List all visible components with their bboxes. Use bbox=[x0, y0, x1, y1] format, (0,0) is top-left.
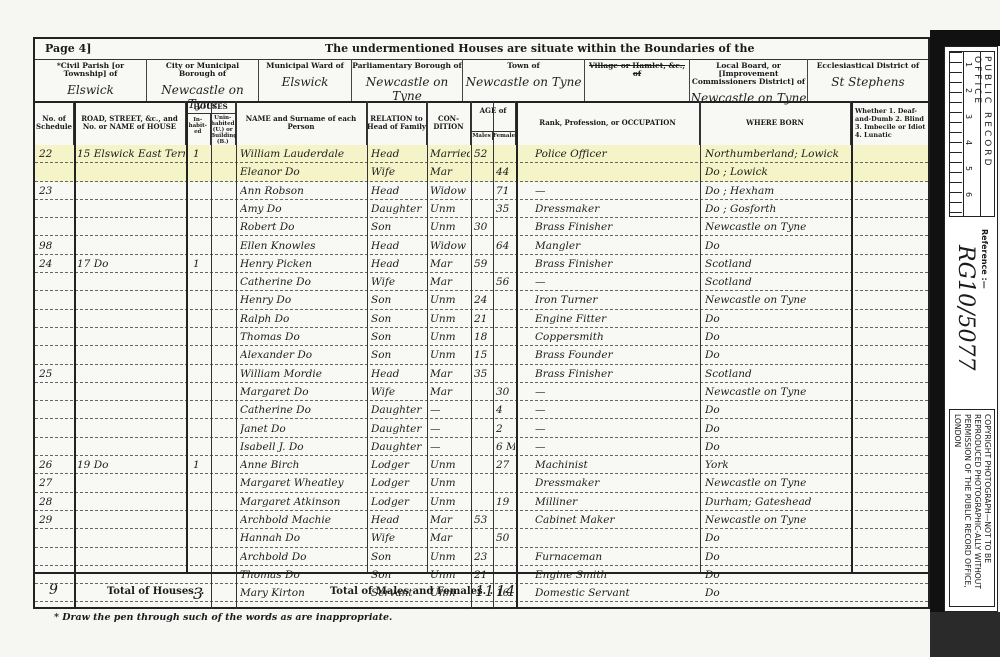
cell-female-age: 30 bbox=[496, 383, 515, 400]
cell-male-age bbox=[474, 237, 492, 254]
cell-condition: Mar bbox=[430, 529, 470, 546]
col-address: ROAD, STREET, &c., and No. or NAME of HO… bbox=[74, 101, 186, 145]
title-bar: Page 4] The undermentioned Houses are si… bbox=[35, 39, 928, 60]
cell-relation: Wife bbox=[371, 163, 426, 180]
table-row: Hannah DoWifeMar50Do bbox=[35, 529, 928, 547]
cell-born: Do ; Hexham bbox=[705, 182, 850, 199]
district-value: Elswick bbox=[35, 83, 146, 97]
divider bbox=[493, 101, 494, 609]
cell-inhabited bbox=[193, 548, 209, 565]
cell-inhabited bbox=[193, 310, 209, 327]
cell-born: Do bbox=[705, 529, 850, 546]
col-where-born: WHERE BORN bbox=[700, 101, 851, 145]
cell-schedule bbox=[39, 291, 73, 308]
col-females: Females bbox=[493, 132, 515, 140]
district-town: Town ofNewcastle on Tyne bbox=[463, 59, 585, 101]
cell-name: Anne Birch bbox=[240, 456, 366, 473]
census-page-scan: Page 4] The undermentioned Houses are si… bbox=[0, 0, 1000, 657]
cell-schedule: 26 bbox=[39, 456, 73, 473]
cell-inhabited bbox=[193, 401, 209, 418]
cell-condition: Unm bbox=[430, 310, 470, 327]
total-schedules: 9 bbox=[49, 582, 58, 598]
cell-occupation: Police Officer bbox=[535, 145, 698, 162]
cell-name: Isabell J. Do bbox=[240, 438, 366, 455]
page-heading: The undermentioned Houses are situate wi… bbox=[325, 42, 754, 55]
cell-male-age: 35 bbox=[474, 365, 492, 382]
district-value: Elswick bbox=[259, 75, 351, 89]
cell-inhabited bbox=[193, 365, 209, 382]
cell-born: Do bbox=[705, 310, 850, 327]
district-label: City or Municipal Borough of bbox=[147, 59, 258, 78]
cell-name: Alexander Do bbox=[240, 346, 366, 363]
footnote: * Draw the pen through such of the words… bbox=[54, 612, 392, 623]
cell-inhabited bbox=[193, 529, 209, 546]
cell-address bbox=[77, 346, 185, 363]
col-occupation: Rank, Profession, or OCCUPATION bbox=[516, 101, 700, 145]
table-row: Catherine DoWifeMar56—Scotland bbox=[35, 273, 928, 291]
cell-inhabited bbox=[193, 420, 209, 437]
cell-address: 17 Do bbox=[77, 255, 185, 272]
scan-edge-right bbox=[930, 30, 944, 650]
cell-female-age bbox=[496, 310, 515, 327]
table-row: 28Margaret AtkinsonLodgerUnm19MillinerDu… bbox=[35, 493, 928, 511]
copyright-text: COPYRIGHT PHOTOGRAPH—NOT TO BE REPRODUCE… bbox=[950, 410, 994, 606]
cell-address bbox=[77, 383, 185, 400]
cell-condition: Unm bbox=[430, 200, 470, 217]
public-record-office-strip: 123456 PUBLIC RECORD OFFICE Reference :—… bbox=[944, 46, 998, 612]
cell-inhabited bbox=[193, 328, 209, 345]
cell-name: Margaret Do bbox=[240, 383, 366, 400]
cell-female-age bbox=[496, 474, 515, 491]
cell-male-age: 23 bbox=[474, 548, 492, 565]
district-value: St Stephens bbox=[808, 75, 928, 89]
cell-born: Newcastle on Tyne bbox=[705, 511, 850, 528]
col-schedule: No. of Schedule bbox=[35, 101, 74, 145]
cell-occupation: — bbox=[535, 438, 698, 455]
cell-inhabited bbox=[193, 273, 209, 290]
cell-inhabited bbox=[193, 383, 209, 400]
cell-born: Scotland bbox=[705, 255, 850, 272]
cell-inhabited bbox=[193, 237, 209, 254]
cell-relation: Wife bbox=[371, 383, 426, 400]
cell-schedule: 98 bbox=[39, 237, 73, 254]
cell-born: Newcastle on Tyne bbox=[705, 383, 850, 400]
district-value: Newcastle on Tyne bbox=[463, 75, 584, 89]
cell-schedule bbox=[39, 218, 73, 235]
cell-name: Janet Do bbox=[240, 420, 366, 437]
cell-address bbox=[77, 420, 185, 437]
cell-relation: Son bbox=[371, 291, 426, 308]
divider bbox=[700, 101, 701, 572]
cell-inhabited bbox=[193, 291, 209, 308]
cell-address bbox=[77, 163, 185, 180]
total-females: 14 bbox=[496, 582, 515, 600]
cell-condition: Married bbox=[430, 145, 470, 162]
col-uninhabited: Unin-habited (U.) or Building (B.) bbox=[211, 114, 236, 145]
table-row: Henry DoSonUnm24Iron TurnerNewcastle on … bbox=[35, 291, 928, 309]
cell-born: Do bbox=[705, 548, 850, 565]
cell-schedule: 24 bbox=[39, 255, 73, 272]
cell-relation: Daughter bbox=[371, 438, 426, 455]
cell-occupation: — bbox=[535, 182, 698, 199]
cell-male-age bbox=[474, 182, 492, 199]
cell-name: Catherine Do bbox=[240, 273, 366, 290]
divider bbox=[186, 101, 188, 572]
cell-inhabited: 1 bbox=[193, 456, 209, 473]
cell-born: Do bbox=[705, 438, 850, 455]
cell-male-age bbox=[474, 474, 492, 491]
cell-inhabited bbox=[193, 438, 209, 455]
cell-occupation: Engine Fitter bbox=[535, 310, 698, 327]
district-label: Local Board, or [Improvement Commissione… bbox=[690, 59, 807, 86]
cell-inhabited bbox=[193, 493, 209, 510]
table-row: 29Archbold MachieHeadMar53Cabinet MakerN… bbox=[35, 511, 928, 529]
copyright-notice: COPYRIGHT PHOTOGRAPH—NOT TO BE REPRODUCE… bbox=[949, 409, 995, 607]
cell-relation: Head bbox=[371, 365, 426, 382]
cell-born: Newcastle on Tyne bbox=[705, 474, 850, 491]
cell-schedule: 22 bbox=[39, 145, 73, 162]
total-males: 11 bbox=[475, 582, 494, 600]
cell-condition: Unm bbox=[430, 346, 470, 363]
district-municipal-borough: City or Municipal Borough ofNewcastle on… bbox=[147, 59, 259, 101]
cell-relation: Son bbox=[371, 328, 426, 345]
cell-condition: Unm bbox=[430, 474, 470, 491]
reference-value: RG10/5077 bbox=[953, 245, 978, 371]
cell-born: Do bbox=[705, 237, 850, 254]
cell-address: 19 Do bbox=[77, 456, 185, 473]
cell-condition: Unm bbox=[430, 456, 470, 473]
cell-address bbox=[77, 328, 185, 345]
district-label: *Civil Parish [or Township] of bbox=[35, 59, 146, 78]
col-condition: CON-DITION bbox=[427, 101, 471, 145]
column-headers: No. of Schedule ROAD, STREET, &c., and N… bbox=[35, 101, 928, 147]
cell-address bbox=[77, 493, 185, 510]
cell-condition: Widow bbox=[430, 182, 470, 199]
col-infirmity: Whether 1. Deaf-and-Dumb 2. Blind 3. Imb… bbox=[851, 101, 930, 145]
divider bbox=[851, 101, 853, 572]
divider bbox=[367, 101, 368, 572]
cell-name: Amy Do bbox=[240, 200, 366, 217]
cell-male-age bbox=[474, 438, 492, 455]
cell-address bbox=[77, 365, 185, 382]
cell-address: 15 Elswick East Terrace bbox=[77, 145, 185, 162]
cell-inhabited bbox=[193, 511, 209, 528]
cell-address bbox=[77, 511, 185, 528]
table-row: Catherine DoDaughter—4—Do bbox=[35, 401, 928, 419]
cell-relation: Son bbox=[371, 346, 426, 363]
cell-condition: Mar bbox=[430, 255, 470, 272]
cell-born: Durham; Gateshead bbox=[705, 493, 850, 510]
divider bbox=[471, 101, 472, 609]
divider bbox=[211, 101, 212, 609]
cell-occupation: Brass Founder bbox=[535, 346, 698, 363]
cell-occupation: Brass Finisher bbox=[535, 255, 698, 272]
cell-name: Thomas Do bbox=[240, 328, 366, 345]
cell-occupation: Cabinet Maker bbox=[535, 511, 698, 528]
cell-condition: Mar bbox=[430, 383, 470, 400]
cell-female-age: 71 bbox=[496, 182, 515, 199]
reference-box: Reference :— RG10/5077 bbox=[949, 225, 993, 405]
cell-inhabited bbox=[193, 182, 209, 199]
cell-female-age bbox=[496, 346, 515, 363]
cell-male-age: 24 bbox=[474, 291, 492, 308]
cell-occupation: Brass Finisher bbox=[535, 365, 698, 382]
cell-male-age bbox=[474, 273, 492, 290]
table-row: Margaret DoWifeMar30—Newcastle on Tyne bbox=[35, 383, 928, 401]
cell-male-age bbox=[474, 529, 492, 546]
cell-male-age bbox=[474, 163, 492, 180]
cell-name: Ellen Knowles bbox=[240, 237, 366, 254]
cell-relation: Wife bbox=[371, 529, 426, 546]
cell-male-age: 53 bbox=[474, 511, 492, 528]
cell-name: William Lauderdale bbox=[240, 145, 366, 162]
cell-occupation: — bbox=[535, 383, 698, 400]
cell-address bbox=[77, 218, 185, 235]
cell-female-age bbox=[496, 255, 515, 272]
cell-name: Margaret Wheatley bbox=[240, 474, 366, 491]
district-label: Town of bbox=[463, 59, 584, 70]
cell-occupation: Milliner bbox=[535, 493, 698, 510]
cell-condition: Unm bbox=[430, 493, 470, 510]
cell-condition: Unm bbox=[430, 328, 470, 345]
cell-occupation bbox=[535, 163, 698, 180]
cell-relation: Head bbox=[371, 237, 426, 254]
district-local-board: Local Board, or [Improvement Commissione… bbox=[690, 59, 808, 101]
cell-inhabited: 1 bbox=[193, 145, 209, 162]
cell-name: Margaret Atkinson bbox=[240, 493, 366, 510]
cell-name: Robert Do bbox=[240, 218, 366, 235]
cell-name: Eleanor Do bbox=[240, 163, 366, 180]
cell-occupation bbox=[535, 529, 698, 546]
cell-born: Newcastle on Tyne bbox=[705, 291, 850, 308]
cell-relation: Son bbox=[371, 218, 426, 235]
cell-condition: Mar bbox=[430, 365, 470, 382]
cell-schedule bbox=[39, 383, 73, 400]
scan-edge-bottom bbox=[930, 612, 1000, 657]
cell-name: Ann Robson bbox=[240, 182, 366, 199]
cell-inhabited bbox=[193, 474, 209, 491]
cell-occupation: Iron Turner bbox=[535, 291, 698, 308]
cell-occupation: Brass Finisher bbox=[535, 218, 698, 235]
col-name: NAME and Surname of each Person bbox=[236, 101, 367, 145]
district-parliamentary-borough: Parliamentary Borough ofNewcastle on Tyn… bbox=[352, 59, 463, 101]
cell-address bbox=[77, 273, 185, 290]
cell-born: Do bbox=[705, 420, 850, 437]
cell-female-age: 44 bbox=[496, 163, 515, 180]
cell-born: York bbox=[705, 456, 850, 473]
cell-inhabited bbox=[193, 200, 209, 217]
table-row: 2417 Do1Henry PickenHeadMar59Brass Finis… bbox=[35, 255, 928, 273]
cell-name: William Mordie bbox=[240, 365, 366, 382]
cell-occupation: Mangler bbox=[535, 237, 698, 254]
cell-schedule bbox=[39, 529, 73, 546]
cell-born: Do ; Lowick bbox=[705, 163, 850, 180]
cell-address bbox=[77, 237, 185, 254]
cell-inhabited bbox=[193, 218, 209, 235]
cell-address bbox=[77, 310, 185, 327]
table-row: 98Ellen KnowlesHeadWidow64ManglerDo bbox=[35, 237, 928, 255]
page-label: Page 4] bbox=[45, 42, 91, 55]
district-municipal-ward: Municipal Ward ofElswick bbox=[259, 59, 352, 101]
cell-relation: Daughter bbox=[371, 200, 426, 217]
cell-female-age: 2 bbox=[496, 420, 515, 437]
cell-born: Northumberland; Lowick bbox=[705, 145, 850, 162]
ruler-ticks bbox=[950, 52, 962, 216]
divider bbox=[427, 101, 428, 572]
cell-schedule bbox=[39, 346, 73, 363]
cell-born: Do bbox=[705, 328, 850, 345]
cell-occupation: Machinist bbox=[535, 456, 698, 473]
cell-female-age: 19 bbox=[496, 493, 515, 510]
cell-male-age: 30 bbox=[474, 218, 492, 235]
cell-name: Henry Picken bbox=[240, 255, 366, 272]
cell-female-age: 50 bbox=[496, 529, 515, 546]
scale-ruler: 123456 PUBLIC RECORD OFFICE bbox=[949, 51, 995, 217]
table-row: 23Ann RobsonHeadWidow71—Do ; Hexham bbox=[35, 182, 928, 200]
cell-schedule: 28 bbox=[39, 493, 73, 510]
table-row: Eleanor DoWifeMar44Do ; Lowick bbox=[35, 163, 928, 181]
cell-schedule bbox=[39, 401, 73, 418]
cell-name: Hannah Do bbox=[240, 529, 366, 546]
cell-schedule bbox=[39, 163, 73, 180]
cell-male-age: 15 bbox=[474, 346, 492, 363]
table-row: Janet DoDaughter—2—Do bbox=[35, 420, 928, 438]
cell-occupation: Furnaceman bbox=[535, 548, 698, 565]
col-relation: RELATION to Head of Family bbox=[367, 101, 427, 145]
cell-female-age: 4 bbox=[496, 401, 515, 418]
cell-relation: Lodger bbox=[371, 493, 426, 510]
cell-relation: Wife bbox=[371, 273, 426, 290]
cell-female-age: 6 Mo bbox=[496, 438, 515, 455]
cell-male-age bbox=[474, 420, 492, 437]
table-row: 2619 Do1Anne BirchLodgerUnm27MachinistYo… bbox=[35, 456, 928, 474]
cell-name: Archbold Machie bbox=[240, 511, 366, 528]
table-row: 2215 Elswick East Terrace1William Lauder… bbox=[35, 145, 928, 163]
record-office-name: PUBLIC RECORD OFFICE bbox=[972, 56, 992, 216]
cell-relation: Daughter bbox=[371, 401, 426, 418]
cell-schedule bbox=[39, 273, 73, 290]
cell-inhabited bbox=[193, 163, 209, 180]
cell-condition: Widow bbox=[430, 237, 470, 254]
cell-schedule bbox=[39, 548, 73, 565]
table-row: 25William MordieHeadMar35Brass FinisherS… bbox=[35, 365, 928, 383]
reference-label: Reference :— bbox=[980, 229, 989, 289]
cell-born: Scotland bbox=[705, 365, 850, 382]
table-row: Robert DoSonUnm30Brass FinisherNewcastle… bbox=[35, 218, 928, 236]
table-row: Alexander DoSonUnm15Brass FounderDo bbox=[35, 346, 928, 364]
total-houses-label: Total of Houses. . bbox=[107, 586, 204, 597]
cell-female-age: 35 bbox=[496, 200, 515, 217]
cell-schedule bbox=[39, 438, 73, 455]
cell-schedule: 29 bbox=[39, 511, 73, 528]
cell-occupation: — bbox=[535, 401, 698, 418]
cell-female-age: 27 bbox=[496, 456, 515, 473]
cell-male-age: 52 bbox=[474, 145, 492, 162]
table-row: Isabell J. DoDaughter—6 Mo—Do bbox=[35, 438, 928, 456]
cell-address bbox=[77, 182, 185, 199]
cell-inhabited bbox=[193, 346, 209, 363]
district-village: Village or Hamlet, &c., of bbox=[585, 59, 690, 101]
total-houses-value: 3 bbox=[193, 584, 203, 603]
totals-row: 9 Total of Houses. . 3 Total of Males an… bbox=[35, 572, 928, 611]
cell-female-age bbox=[496, 511, 515, 528]
cell-male-age: 21 bbox=[474, 310, 492, 327]
district-ecclesiastical: Ecclesiastical District ofSt Stephens bbox=[808, 59, 928, 101]
district-label: Municipal Ward of bbox=[259, 59, 351, 70]
cell-relation: Son bbox=[371, 548, 426, 565]
cell-address bbox=[77, 438, 185, 455]
cell-male-age bbox=[474, 456, 492, 473]
col-males: Males bbox=[471, 132, 493, 140]
cell-relation: Head bbox=[371, 255, 426, 272]
cell-occupation: — bbox=[535, 420, 698, 437]
cell-name: Catherine Do bbox=[240, 401, 366, 418]
cell-condition: Unm bbox=[430, 218, 470, 235]
table-row: Archbold DoSonUnm23FurnacemanDo bbox=[35, 548, 928, 566]
cell-occupation: Dressmaker bbox=[535, 474, 698, 491]
cell-female-age bbox=[496, 291, 515, 308]
cell-relation: Head bbox=[371, 511, 426, 528]
cell-born: Newcastle on Tyne bbox=[705, 218, 850, 235]
district-label: Village or Hamlet, &c., of bbox=[585, 59, 689, 78]
divider bbox=[74, 101, 76, 609]
cell-schedule bbox=[39, 310, 73, 327]
cell-occupation: Dressmaker bbox=[535, 200, 698, 217]
cell-name: Henry Do bbox=[240, 291, 366, 308]
cell-born: Do ; Gosforth bbox=[705, 200, 850, 217]
cell-address bbox=[77, 401, 185, 418]
cell-male-age: 59 bbox=[474, 255, 492, 272]
cell-schedule bbox=[39, 200, 73, 217]
district-value: Newcastle on Tyne bbox=[352, 75, 462, 103]
cell-address bbox=[77, 529, 185, 546]
cell-male-age bbox=[474, 493, 492, 510]
cell-female-age bbox=[496, 365, 515, 382]
cell-address bbox=[77, 200, 185, 217]
cell-relation: Lodger bbox=[371, 474, 426, 491]
cell-female-age bbox=[496, 218, 515, 235]
cell-address bbox=[77, 291, 185, 308]
cell-name: Ralph Do bbox=[240, 310, 366, 327]
cell-male-age: 18 bbox=[474, 328, 492, 345]
cell-relation: Daughter bbox=[371, 420, 426, 437]
cell-schedule bbox=[39, 328, 73, 345]
district-header: *Civil Parish [or Township] ofElswick Ci… bbox=[35, 59, 928, 103]
census-sheet: Page 4] The undermentioned Houses are si… bbox=[33, 37, 930, 609]
table-row: Thomas DoSonUnm18CoppersmithDo bbox=[35, 328, 928, 346]
cell-inhabited: 1 bbox=[193, 255, 209, 272]
cell-relation: Head bbox=[371, 182, 426, 199]
cell-male-age bbox=[474, 200, 492, 217]
scan-edge-top bbox=[930, 30, 1000, 46]
cell-female-age bbox=[496, 145, 515, 162]
cell-female-age bbox=[496, 548, 515, 565]
cell-condition: Mar bbox=[430, 511, 470, 528]
cell-address bbox=[77, 548, 185, 565]
cell-female-age bbox=[496, 328, 515, 345]
cell-relation: Lodger bbox=[371, 456, 426, 473]
cell-condition: Mar bbox=[430, 273, 470, 290]
cell-name: Archbold Do bbox=[240, 548, 366, 565]
table-row: Amy DoDaughterUnm35DressmakerDo ; Gosfor… bbox=[35, 200, 928, 218]
cell-relation: Son bbox=[371, 310, 426, 327]
table-row: 27Margaret WheatleyLodgerUnmDressmakerNe… bbox=[35, 474, 928, 492]
cell-condition: — bbox=[430, 401, 470, 418]
cell-condition: Unm bbox=[430, 548, 470, 565]
cell-occupation: — bbox=[535, 273, 698, 290]
total-persons-label: Total of Males and Females. . bbox=[330, 586, 493, 597]
cell-born: Do bbox=[705, 401, 850, 418]
